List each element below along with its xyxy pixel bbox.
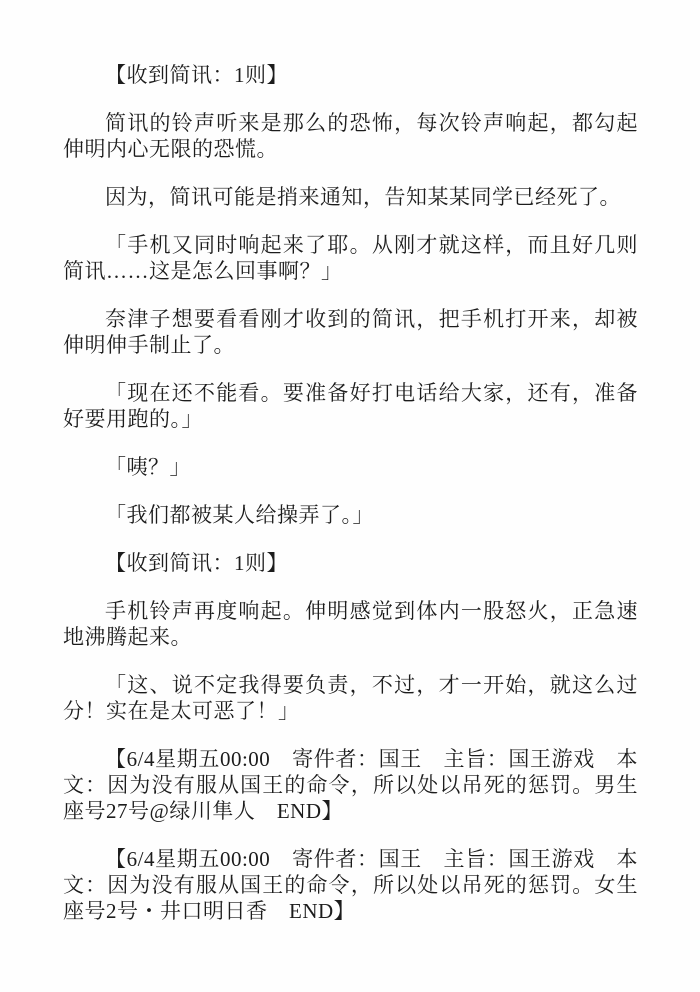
system-notice: 【收到简讯：1则】 xyxy=(63,550,638,576)
dialogue-line: 「咦？」 xyxy=(63,454,638,480)
narration: 奈津子想要看看刚才收到的简讯，把手机打开来，却被伸明伸手制止了。 xyxy=(63,306,638,358)
dialogue-line: 「这、说不定我得要负责，不过，才一开始，就这么过分！实在是太可恶了！」 xyxy=(63,672,638,724)
system-notice: 【收到简讯：1则】 xyxy=(63,62,638,88)
narration: 手机铃声再度响起。伸明感觉到体内一股怒火，正急速地沸腾起来。 xyxy=(63,598,638,650)
page-text-block: 【收到简讯：1则】 简讯的铃声听来是那么的恐怖，每次铃声响起，都勾起伸明内心无限… xyxy=(0,0,700,924)
narration: 因为，简讯可能是捎来通知，告知某某同学已经死了。 xyxy=(63,184,638,210)
novel-page: 【收到简讯：1则】 简讯的铃声听来是那么的恐怖，每次铃声响起，都勾起伸明内心无限… xyxy=(0,0,700,992)
dialogue-line: 「现在还不能看。要准备好打电话给大家，还有，准备好要用跑的。」 xyxy=(63,380,638,432)
dialogue-line: 「我们都被某人给操弄了。」 xyxy=(63,502,638,528)
dialogue-line: 「手机又同时响起来了耶。从刚才就这样，而且好几则简讯……这是怎么回事啊？」 xyxy=(63,232,638,284)
narration: 简讯的铃声听来是那么的恐怖，每次铃声响起，都勾起伸明内心无限的恐慌。 xyxy=(63,110,638,162)
king-message: 【6/4星期五00:00 寄件者：国王 主旨：国王游戏 本文：因为没有服从国王的… xyxy=(63,846,638,924)
king-message: 【6/4星期五00:00 寄件者：国王 主旨：国王游戏 本文：因为没有服从国王的… xyxy=(63,746,638,824)
